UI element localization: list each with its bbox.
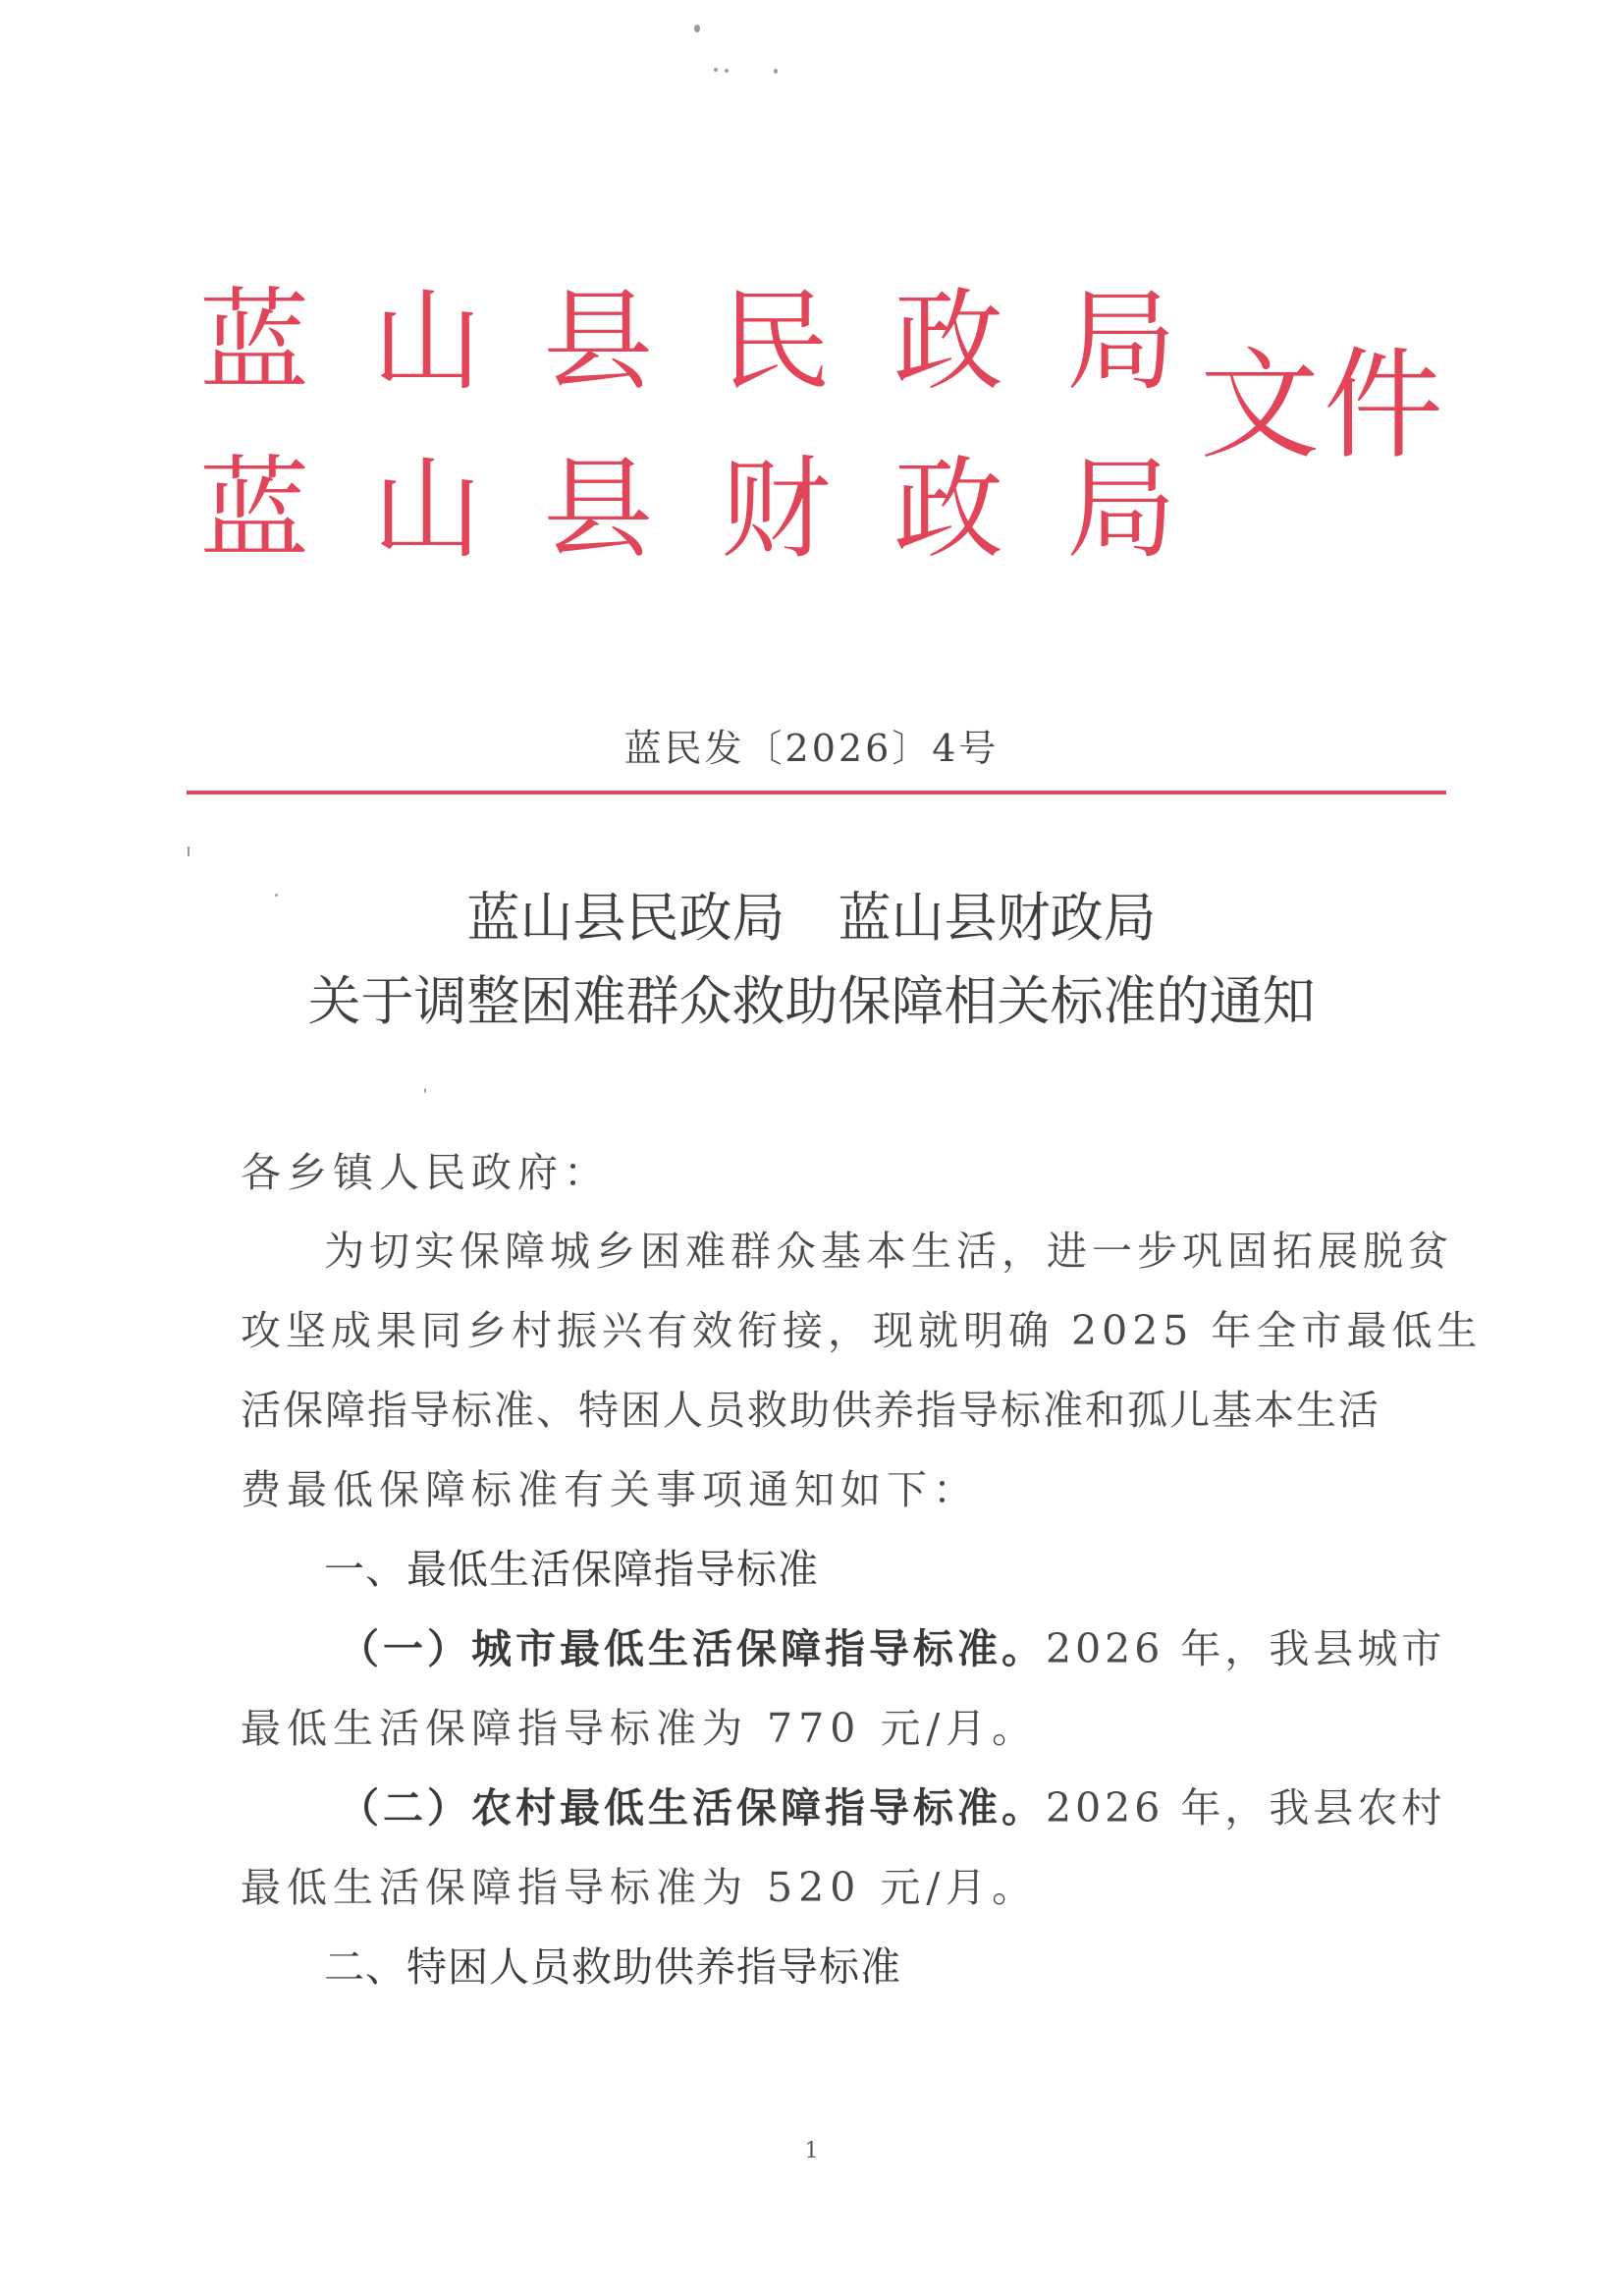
- issuer-char: 政: [893, 287, 1003, 397]
- issuer-char: 局: [1066, 455, 1176, 565]
- issuer-char: 县: [543, 455, 653, 565]
- scan-speck: [774, 69, 778, 74]
- salutation: 各乡镇人民政府：: [241, 1149, 1409, 1196]
- issuer-char: 财: [721, 455, 831, 565]
- urban-standard-amount-line: 最低生活保障指导标准为 770 元/月。: [241, 1705, 1409, 1752]
- document-suffix: 文件: [1200, 346, 1447, 465]
- intro-paragraph-line: 费最低保障标准有关事项通知如下：: [241, 1466, 1409, 1513]
- section-heading-minimum-living: 一、最低生活保障指导标准: [324, 1546, 819, 1593]
- notice-title-issuers: 蓝山县民政局 蓝山县财政局: [0, 889, 1623, 948]
- issuer-char: 山: [372, 455, 482, 565]
- notice-title-subject: 关于调整困难群众救助保障相关标准的通知: [0, 972, 1623, 1031]
- red-divider: [187, 791, 1446, 794]
- scan-speck: [714, 68, 718, 72]
- issuer-char: 山: [372, 287, 482, 397]
- scan-speck: [725, 69, 729, 73]
- urban-standard-text: 2026 年，我县城市: [1046, 1625, 1445, 1672]
- urban-standard-label: （一）城市最低生活保障指导标准。: [339, 1625, 1046, 1672]
- issuer-char: 政: [893, 455, 1003, 565]
- issuer-char: 民: [721, 287, 831, 397]
- rural-standard-amount-line: 最低生活保障指导标准为 520 元/月。: [241, 1864, 1409, 1911]
- issuer-char: 县: [543, 287, 653, 397]
- rural-standard-line: （二）农村最低生活保障指导标准。2026 年，我县农村: [339, 1784, 1424, 1831]
- section-heading-extreme-poverty: 二、特困人员救助供养指导标准: [324, 1943, 901, 1991]
- intro-paragraph-line: 攻坚成果同乡村振兴有效衔接，现就明确 2025 年全市最低生: [241, 1307, 1409, 1354]
- document-number: 蓝民发〔2026〕4号: [0, 727, 1623, 770]
- issuer-char: 蓝: [199, 287, 309, 397]
- urban-standard-line: （一）城市最低生活保障指导标准。2026 年，我县城市: [339, 1625, 1424, 1672]
- intro-paragraph-line: 为切实保障城乡困难群众基本生活，进一步巩固拓展脱贫: [324, 1228, 1409, 1275]
- issuer-char: 局: [1066, 287, 1176, 397]
- page-number: 1: [0, 2139, 1623, 2163]
- rural-standard-text: 2026 年，我县农村: [1046, 1784, 1445, 1831]
- scan-speck: [188, 847, 189, 856]
- scan-speck: [424, 1088, 426, 1093]
- issuer-char: 蓝: [199, 455, 309, 565]
- intro-paragraph-line: 活保障指导标准、特困人员救助供养指导标准和孤儿基本生活: [241, 1387, 1409, 1434]
- scan-speck: [694, 25, 700, 32]
- rural-standard-label: （二）农村最低生活保障指导标准。: [339, 1784, 1046, 1831]
